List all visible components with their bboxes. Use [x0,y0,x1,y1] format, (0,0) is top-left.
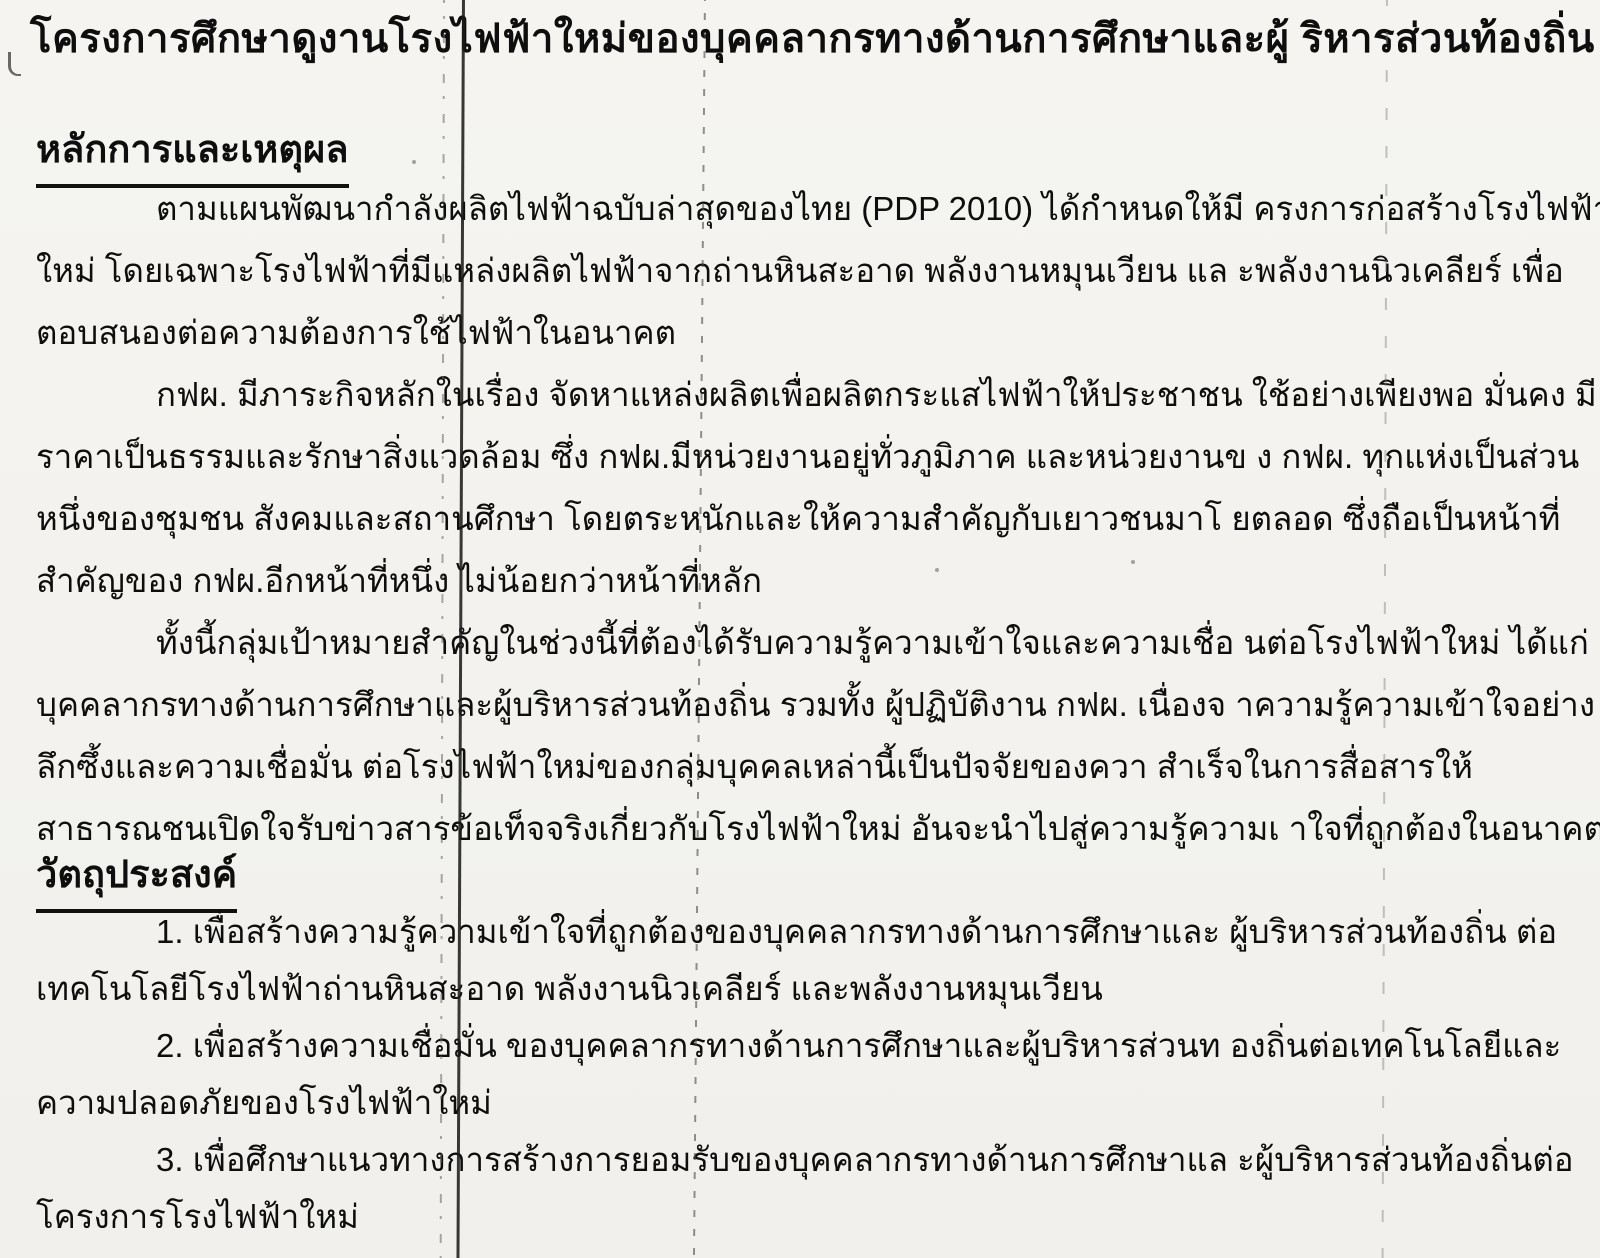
objectives-list: 1. เพื่อสร้างความรู้ความเข้าใจที่ถูกต้อง… [36,903,1576,1245]
paragraph-line: ตามแผนพัฒนากำลังผลิตไฟฟ้าฉบับล่าสุดของไท… [36,178,1576,240]
objective-item-line: โครงการโรงไฟฟ้าใหม่ [36,1188,1576,1245]
objective-item-line: 2. เพื่อสร้างความเชื่อมั่น ของบุคคลากรทา… [36,1017,1576,1074]
objective-item-line: 3. เพื่อศึกษาแนวทางการสร้างการยอมรับของบ… [36,1131,1576,1188]
scan-speck-dot [1131,560,1135,564]
objective-item-line: ความปลอดภัยของโรงไฟฟ้าใหม่ [36,1074,1576,1131]
paragraph-line: กฟผ. มีภาระกิจหลักในเรื่อง จัดหาแหล่งผลิ… [36,364,1576,426]
scan-speck-dot [935,568,939,572]
scan-speck-mark [8,52,21,76]
scanned-document-page: โครงการศึกษาดูงานโรงไฟฟ้าใหม่ของบุคคลากร… [0,0,1600,1258]
scan-speck-dot [412,160,416,164]
paragraph-line: ใหม่ โดยเฉพาะโรงไฟฟ้าที่มีแหล่งผลิตไฟฟ้า… [36,240,1576,302]
principle-section-body: ตามแผนพัฒนากำลังผลิตไฟฟ้าฉบับล่าสุดของไท… [36,178,1576,860]
paragraph-line: บุคคลากรทางด้านการศึกษาและผู้บริหารส่วนท… [36,674,1576,736]
objective-item-line: 1. เพื่อสร้างความรู้ความเข้าใจที่ถูกต้อง… [36,903,1576,960]
document-title: โครงการศึกษาดูงานโรงไฟฟ้าใหม่ของบุคคลากร… [30,6,1570,70]
objective-item-line: เทคโนโลยีโรงไฟฟ้าถ่านหินสะอาด พลังงานนิว… [36,960,1576,1017]
paragraph-line: ราคาเป็นธรรมและรักษาสิ่งแวดล้อม ซึ่ง กฟผ… [36,426,1576,488]
paragraph-line: หนึ่งของชุมชน สังคมและสถานศึกษา โดยตระหน… [36,488,1576,550]
paragraph-line: สาธารณชนเปิดใจรับข่าวสารข้อเท็จจริงเกี่ย… [36,798,1576,860]
paragraph-line: ลึกซึ้งและความเชื่อมั่น ต่อโรงไฟฟ้าใหม่ข… [36,736,1576,798]
paragraph-line: ทั้งนี้กลุ่มเป้าหมายสำคัญในช่วงนี้ที่ต้อ… [36,612,1576,674]
paragraph-line: สำคัญของ กฟผ.อีกหน้าที่หนึ่ง ไม่น้อยกว่า… [36,550,1576,612]
paragraph-line: ตอบสนองต่อความต้องการใช้ไฟฟ้าในอนาคต [36,302,1576,364]
